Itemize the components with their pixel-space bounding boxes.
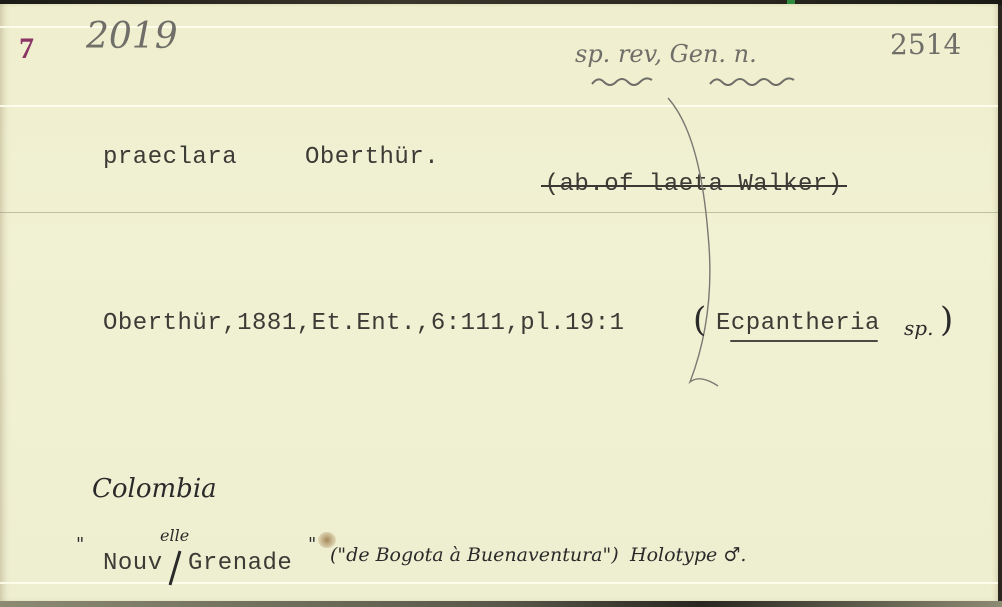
- pencil-bracket-icon: [660, 94, 730, 394]
- pencil-note-top: sp. rev, Gen. n.: [575, 40, 757, 68]
- close-paren: ): [940, 300, 953, 340]
- species-author: Oberthür.: [305, 144, 439, 171]
- open-quote: ": [76, 534, 84, 555]
- locality-handwritten-note: ("de Bogota à Buenaventura"): [330, 544, 619, 566]
- stamp-number: 7: [19, 32, 34, 66]
- rule-line: [0, 105, 998, 107]
- genus-underline: [730, 340, 878, 342]
- locality-typed-part1: Nouv: [103, 550, 163, 577]
- rule-line: [0, 582, 998, 584]
- locality-typed-part2: Grenade: [188, 550, 292, 577]
- type-status: Holotype ♂.: [630, 544, 746, 566]
- citation: Oberthür,1881,Et.Ent.,6:111,pl.19:1: [103, 310, 625, 337]
- close-quote: ": [308, 534, 316, 555]
- pencil-ref-number: 2514: [890, 28, 961, 61]
- card-bottom-edge: [0, 601, 1002, 607]
- wavy-underline-icon: [590, 74, 830, 88]
- specimen-index-card: 7 2019 2514 sp. rev, Gen. n. praeclara O…: [0, 4, 998, 602]
- locality-insert-handwritten: elle: [160, 526, 189, 545]
- genus-note: sp.: [904, 316, 933, 340]
- species-name: praeclara: [103, 144, 237, 171]
- original-genus: Ecpantheria: [716, 310, 880, 337]
- pencil-id: 2019: [86, 16, 178, 57]
- open-paren: (: [693, 300, 706, 340]
- insertion-caret-icon: [168, 549, 182, 589]
- country-handwritten: Colombia: [92, 474, 217, 504]
